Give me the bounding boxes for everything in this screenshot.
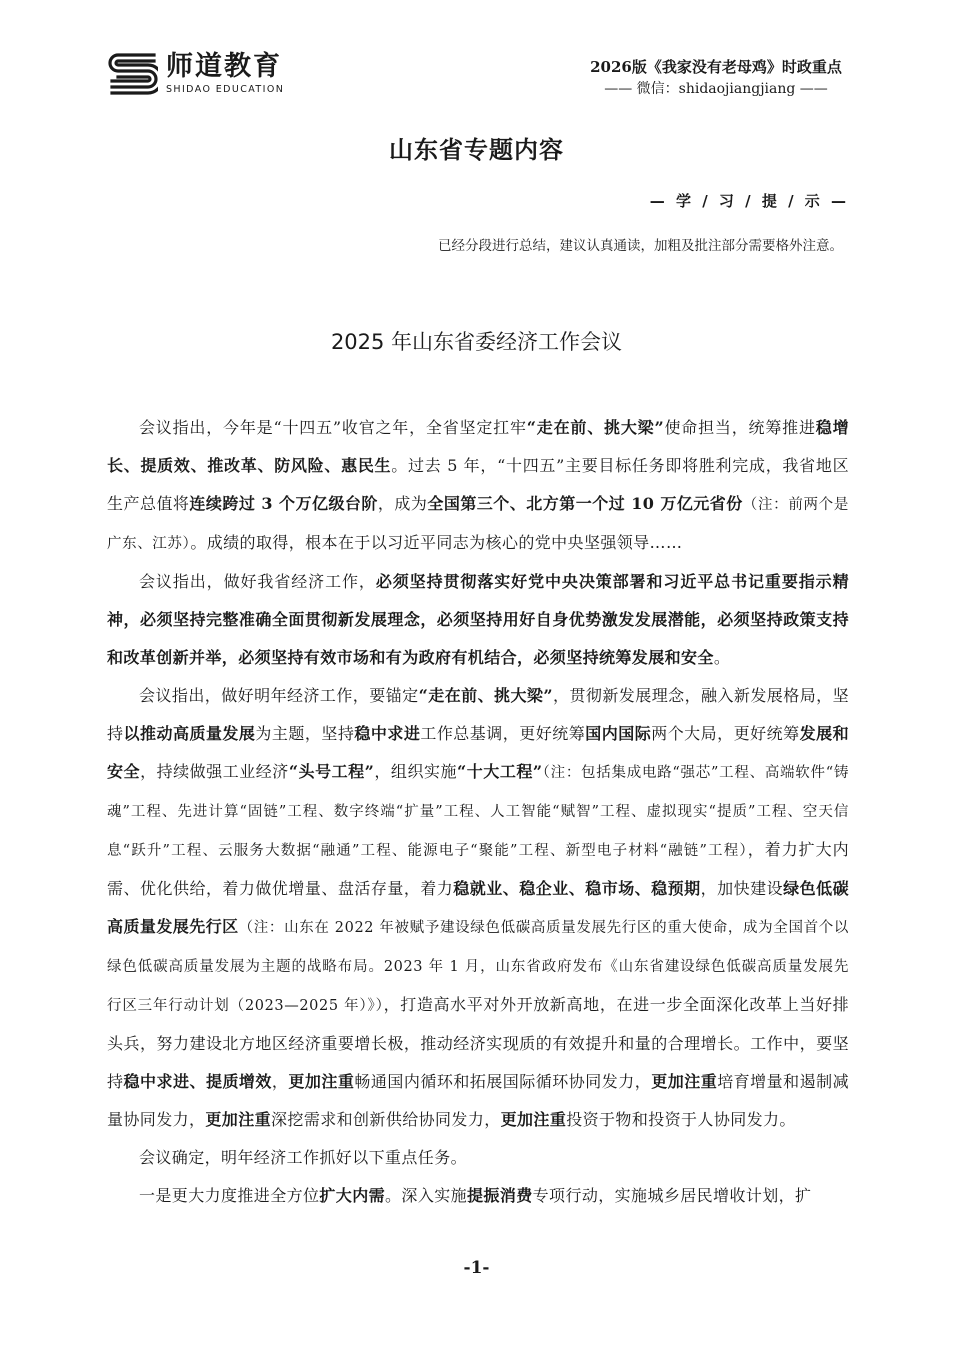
paragraph: 会议指出，做好明年经济工作，要锚定“走在前、挑大梁”，贯彻新发展理念，融入新发展…	[107, 677, 849, 1139]
document-page: 师道教育 SHIDAO EDUCATION 2026版《我家没有老母鸡》时政重点…	[0, 0, 953, 1348]
body-text-segment: 。成绩的取得，根本在于以习近平同志为核心的党中央坚强领导……	[190, 533, 682, 552]
emphasis-text: 更加注重	[205, 1110, 271, 1129]
body-text-segment: 使命担当，统筹推进	[664, 418, 816, 437]
body-text-segment: ，成为	[378, 494, 427, 513]
brand-name-cn: 师道教育	[166, 52, 284, 82]
header-info: 2026版《我家没有老母鸡》时政重点 —— 微信：shidaojiangjian…	[571, 56, 861, 100]
body-text-segment: 。	[714, 648, 730, 667]
stacked-s-logo-icon	[108, 52, 158, 96]
emphasis-text: 以推动高质量发展	[124, 724, 256, 743]
body-text-segment: 会议确定，明年经济工作抓好以下重点任务。	[139, 1148, 467, 1167]
emphasis-text: “走在前、挑大梁”	[527, 418, 664, 437]
body-text-segment: 畅通国内循环和拓展国际循环协同发力，	[354, 1072, 651, 1091]
paragraph: 一是更大力度推进全方位扩大内需。深入实施提振消费专项行动，实施城乡居民增收计划，…	[107, 1177, 849, 1215]
emphasis-text: 稳中求进、提质增效	[124, 1072, 272, 1091]
body-text-segment: 深挖需求和创新供给协同发力，	[271, 1110, 501, 1129]
body-text-segment: ，加快建设	[701, 879, 783, 898]
emphasis-text: “走在前、挑大梁”	[419, 686, 553, 705]
body-text-segment: 为主题，坚持	[255, 724, 354, 743]
section-title: 2025 年山东省委经济工作会议	[0, 326, 953, 356]
body-text-segment: 工作总基调，更好统筹	[420, 724, 585, 743]
emphasis-text: 稳中求进	[354, 724, 420, 743]
emphasis-text: 连续跨过 3 个万亿级台阶	[189, 494, 377, 513]
brand-logo: 师道教育 SHIDAO EDUCATION	[108, 52, 284, 97]
emphasis-text: 更加注重	[501, 1110, 567, 1129]
wechat-contact: —— 微信：shidaojiangjiang ——	[571, 78, 861, 100]
body-text-segment: ，持续做强工业经济	[140, 762, 289, 781]
body-text-segment: 投资于物和投资于人协同发力。	[566, 1110, 796, 1129]
emphasis-text: 稳就业、稳企业、稳市场、稳预期	[453, 879, 700, 898]
page-number: -1-	[0, 1258, 953, 1278]
body-text-segment: ，	[272, 1072, 289, 1091]
paragraph: 会议指出，今年是“十四五”收官之年，全省坚定扛牢“走在前、挑大梁”使命担当，统筹…	[107, 409, 849, 563]
edition-title: 2026版《我家没有老母鸡》时政重点	[571, 56, 861, 78]
study-tip-label: — 学 / 习 / 提 / 示 —	[650, 190, 849, 211]
body-text-segment: 。深入实施	[385, 1186, 467, 1205]
emphasis-text: 全国第三个、北方第一个过 10 万亿元省份	[427, 494, 742, 513]
body-text-segment: ，组织实施	[374, 762, 457, 781]
body-text-segment: 会议指出，今年是“十四五”收官之年，全省坚定扛牢	[139, 418, 527, 437]
body-text-segment: 会议指出，做好我省经济工作，	[139, 572, 376, 591]
emphasis-text: 更加注重	[288, 1072, 354, 1091]
emphasis-text: 扩大内需	[319, 1186, 385, 1205]
emphasis-text: “十大工程”	[457, 762, 542, 781]
paragraph: 会议指出，做好我省经济工作，必须坚持贯彻落实好党中央决策部署和习近平总书记重要指…	[107, 563, 849, 677]
body-text-segment: 两个大局，更好统筹	[651, 724, 799, 743]
emphasis-text: 国内国际	[585, 724, 651, 743]
page-title: 山东省专题内容	[0, 130, 953, 165]
brand-name-en: SHIDAO EDUCATION	[166, 83, 284, 97]
emphasis-text: 提振消费	[467, 1186, 533, 1205]
article-body: 会议指出，今年是“十四五”收官之年，全省坚定扛牢“走在前、挑大梁”使命担当，统筹…	[107, 409, 849, 1215]
body-text-segment: 会议指出，做好明年经济工作，要锚定	[139, 686, 419, 705]
body-text-segment: 专项行动，实施城乡居民增收计划，扩	[533, 1186, 812, 1205]
emphasis-text: “头号工程”	[289, 762, 374, 781]
study-tip-note: 已经分段进行总结，建议认真通读，加粗及批注部分需要格外注意。	[438, 234, 843, 254]
emphasis-text: 更加注重	[651, 1072, 717, 1091]
body-text-segment: 一是更大力度推进全方位	[139, 1186, 319, 1205]
paragraph: 会议确定，明年经济工作抓好以下重点任务。	[107, 1139, 849, 1177]
